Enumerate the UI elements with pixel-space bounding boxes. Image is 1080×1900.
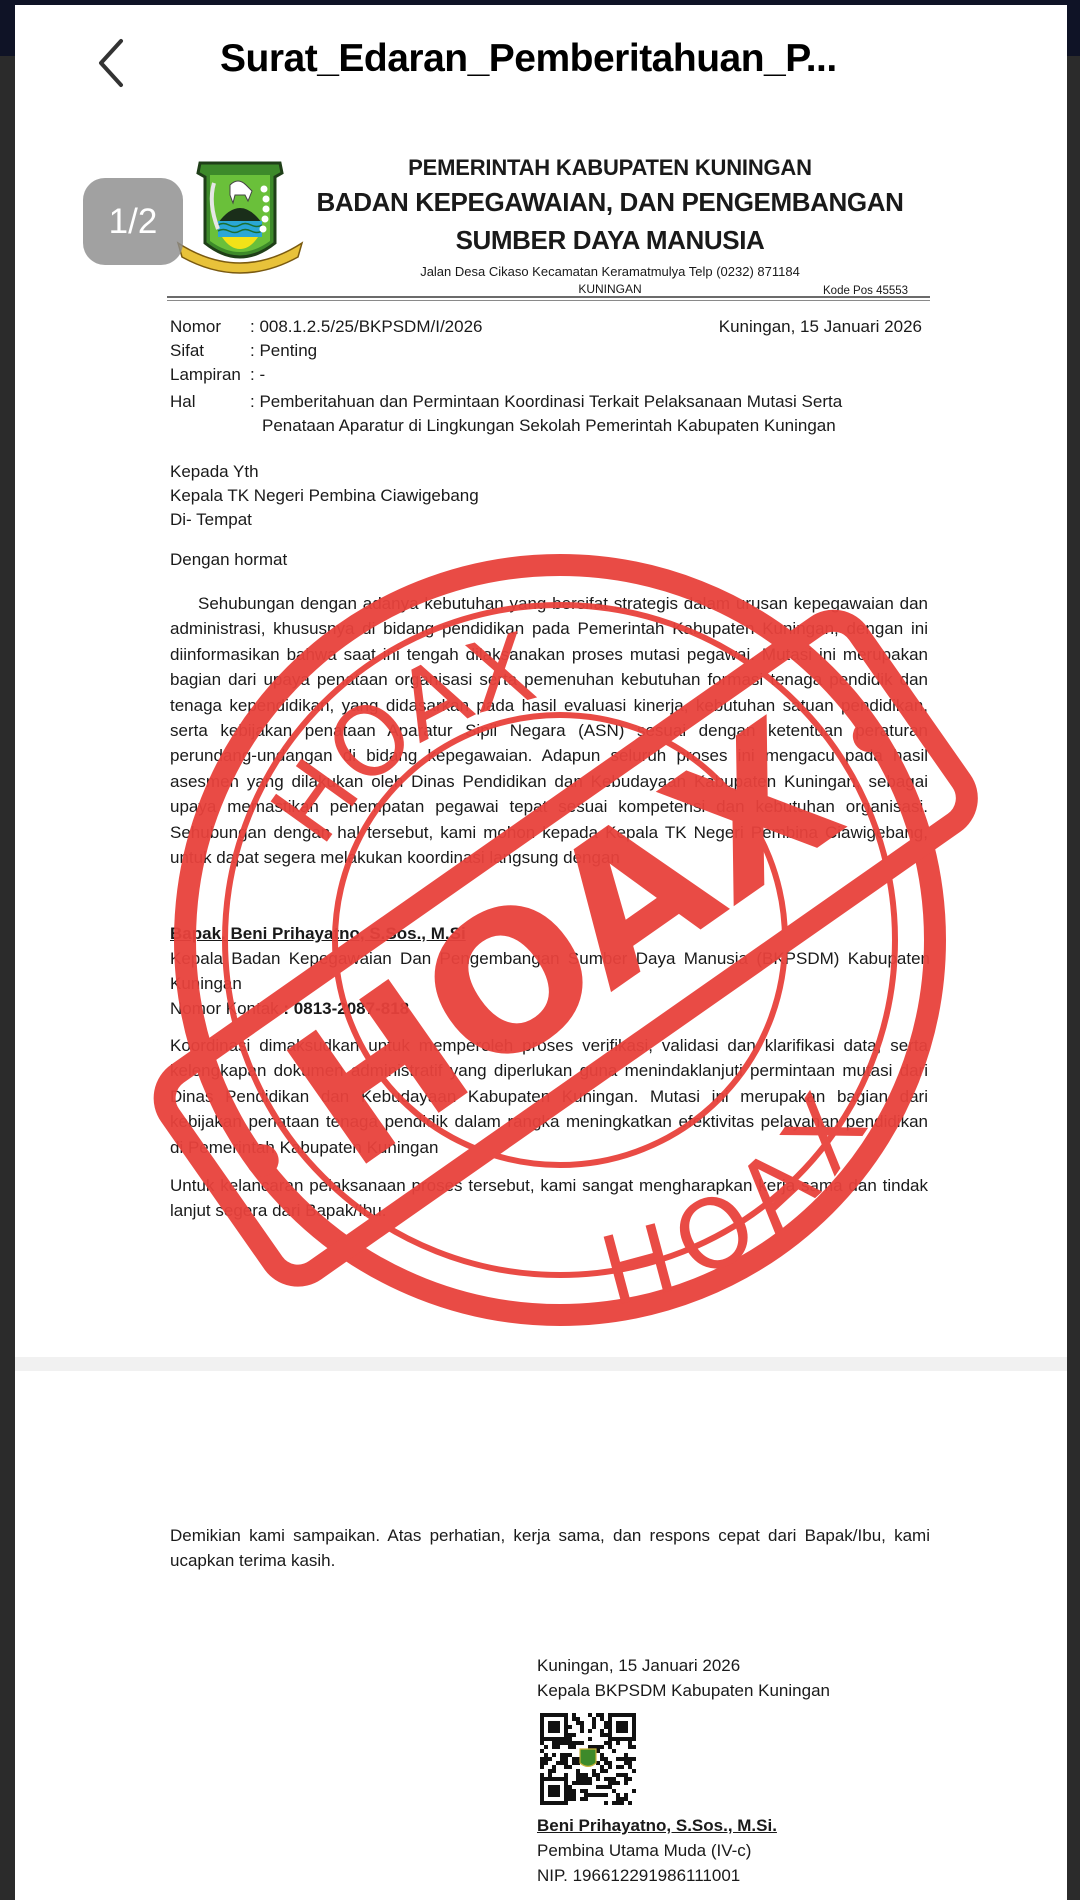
- recipient-line: Kepada Yth: [170, 460, 479, 484]
- letterhead-line2: BADAN KEPEGAWAIAN, DAN PENGEMBANGAN: [295, 183, 925, 221]
- hal-value: : Pemberitahuan dan Permintaan Koordinas…: [250, 390, 930, 414]
- contact-name: Bapak. Beni Prihayatno, S.Sos., M.Si: [170, 921, 930, 946]
- contact-position: Kepala Badan Kepegawaian Dan Pengembanga…: [170, 946, 930, 996]
- hal-label: Hal: [170, 390, 250, 414]
- body-paragraph: Sehubungan dengan adanya kebutuhan yang …: [170, 591, 928, 870]
- qr-code-icon: [540, 1713, 636, 1805]
- letter-meta: Nomor: 008.1.2.5/25/BKPSDM/I/2026 Kuning…: [170, 315, 930, 438]
- letterhead: PEMERINTAH KABUPATEN KUNINGAN BADAN KEPE…: [295, 153, 925, 297]
- contact-block: Bapak. Beni Prihayatno, S.Sos., M.Si Kep…: [170, 921, 930, 1021]
- nomor-label: Nomor: [170, 315, 250, 339]
- sifat-value: : Penting: [250, 339, 930, 363]
- signature-title: Kepala BKPSDM Kabupaten Kuningan: [537, 1678, 830, 1703]
- lampiran-value: : -: [250, 363, 930, 387]
- closing-paragraph: Demikian kami sampaikan. Atas perhatian,…: [170, 1523, 930, 1574]
- letterhead-line3: SUMBER DAYA MANUSIA: [295, 221, 925, 259]
- letterhead-line1: PEMERINTAH KABUPATEN KUNINGAN: [295, 153, 925, 183]
- body-paragraph: Koordinasi dimaksudkan untuk memperoleh …: [170, 1033, 928, 1160]
- letter-date: Kuningan, 15 Januari 2026: [719, 315, 922, 339]
- signatory-nip: NIP. 196612291986111001: [537, 1863, 777, 1888]
- salutation: Dengan hormat: [170, 550, 287, 570]
- letterhead-rule-thin: [167, 300, 930, 301]
- document-viewer: Surat_Edaran_Pemberitahuan_P... PEMERINT…: [15, 5, 1067, 1900]
- signatory-rank: Pembina Utama Muda (IV-c): [537, 1838, 777, 1863]
- signatory-block: Beni Prihayatno, S.Sos., M.Si. Pembina U…: [537, 1813, 777, 1888]
- recipient-line: Kepala TK Negeri Pembina Ciawigebang: [170, 484, 479, 508]
- signatory-name: Beni Prihayatno, S.Sos., M.Si.: [537, 1813, 777, 1838]
- letterhead-address: Jalan Desa Cikaso Kecamatan Keramatmulya…: [295, 263, 925, 281]
- signature-block: Kuningan, 15 Januari 2026 Kepala BKPSDM …: [537, 1653, 830, 1703]
- contact-phone-label: Nomor Kontak: [170, 999, 279, 1018]
- lampiran-label: Lampiran: [170, 363, 250, 387]
- signature-place-date: Kuningan, 15 Januari 2026: [537, 1653, 830, 1678]
- kabupaten-emblem-icon: [170, 153, 310, 283]
- letterhead-rule: [167, 296, 930, 298]
- recipient-block: Kepada Yth Kepala TK Negeri Pembina Ciaw…: [170, 460, 479, 532]
- hal-value-continued: Penataan Aparatur di Lingkungan Sekolah …: [170, 414, 930, 438]
- body-paragraph: Untuk kelancaran pelaksanaan proses ters…: [170, 1173, 928, 1224]
- letter-page: PEMERINTAH KABUPATEN KUNINGAN BADAN KEPE…: [15, 5, 1067, 1900]
- contact-phone-value: : 0813-2087-818: [283, 999, 409, 1018]
- recipient-line: Di- Tempat: [170, 508, 479, 532]
- page-indicator: 1/2: [83, 178, 183, 265]
- sifat-label: Sifat: [170, 339, 250, 363]
